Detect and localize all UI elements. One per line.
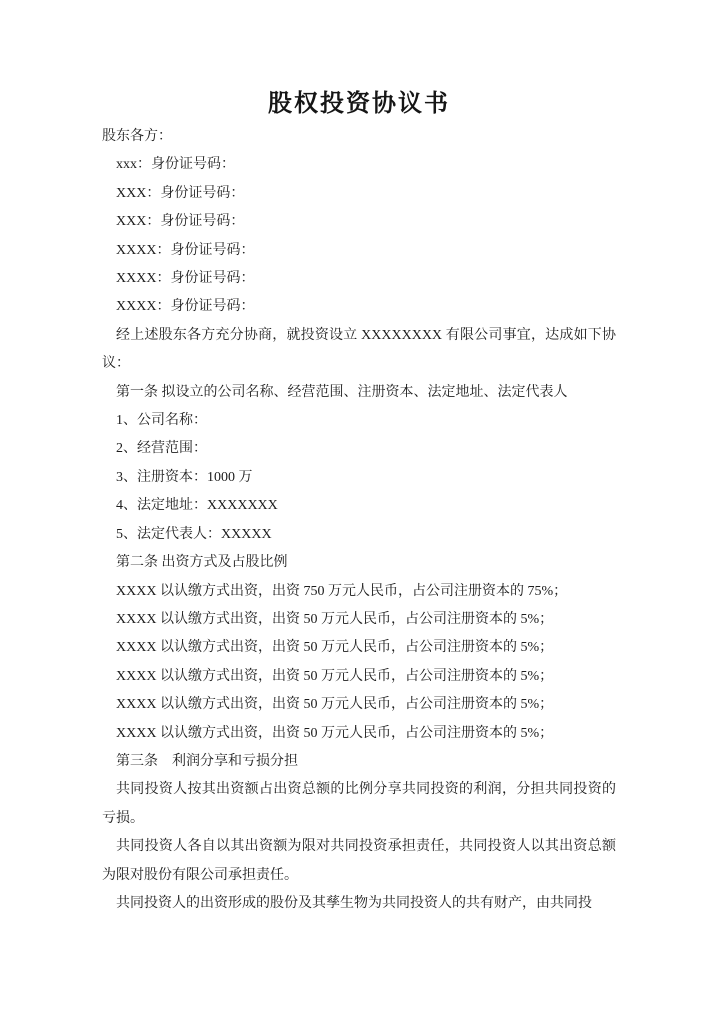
document-line: xxx：身份证号码：	[102, 151, 616, 179]
document-line: XXXX 以认缴方式出资，出资 50 万元人民币，占公司注册资本的 5%；	[102, 606, 616, 634]
document-line: 1、公司名称：	[102, 407, 616, 435]
document-line: 第一条 拟设立的公司名称、经营范围、注册资本、法定地址、法定代表人	[102, 379, 616, 407]
document-line: XXXX：身份证号码：	[102, 265, 616, 293]
document-line: 经上述股东各方充分协商，就投资设立 XXXXXXXX 有限公司事宜，达成如下协议…	[102, 322, 616, 379]
document-line: 第三条 利润分享和亏损分担	[102, 748, 616, 776]
document-line: 2、经营范围：	[102, 435, 616, 463]
document-line: XXXX 以认缴方式出资，出资 50 万元人民币，占公司注册资本的 5%；	[102, 634, 616, 662]
document-line: 4、法定地址：XXXXXXX	[102, 492, 616, 520]
document-line: 股东各方：	[102, 123, 616, 151]
document-page: 股权投资协议书 股东各方：xxx：身份证号码：XXX：身份证号码：XXX：身份证…	[0, 0, 720, 1017]
document-title: 股权投资协议书	[102, 86, 616, 122]
document-line: 3、注册资本：1000 万	[102, 464, 616, 492]
document-line: XXXX：身份证号码：	[102, 237, 616, 265]
document-line: XXXX 以认缴方式出资，出资 50 万元人民币，占公司注册资本的 5%；	[102, 691, 616, 719]
document-line: XXXX 以认缴方式出资，出资 50 万元人民币，占公司注册资本的 5%；	[102, 720, 616, 748]
document-line: 共同投资人各自以其出资额为限对共同投资承担责任，共同投资人以其出资总额为限对股份…	[102, 833, 616, 890]
document-line: 共同投资人按其出资额占出资总额的比例分享共同投资的利润，分担共同投资的亏损。	[102, 776, 616, 833]
document-line: 第二条 出资方式及占股比例	[102, 549, 616, 577]
document-line: 5、法定代表人：XXXXX	[102, 521, 616, 549]
document-body: 股东各方：xxx：身份证号码：XXX：身份证号码：XXX：身份证号码：XXXX：…	[102, 123, 616, 918]
document-line: XXXX 以认缴方式出资，出资 50 万元人民币，占公司注册资本的 5%；	[102, 663, 616, 691]
document-line: XXX：身份证号码：	[102, 208, 616, 236]
document-line: XXX：身份证号码：	[102, 180, 616, 208]
document-line: 共同投资人的出资形成的股份及其孳生物为共同投资人的共有财产，由共同投	[102, 890, 616, 918]
document-line: XXXX 以认缴方式出资，出资 750 万元人民币，占公司注册资本的 75%；	[102, 578, 616, 606]
document-line: XXXX：身份证号码：	[102, 293, 616, 321]
